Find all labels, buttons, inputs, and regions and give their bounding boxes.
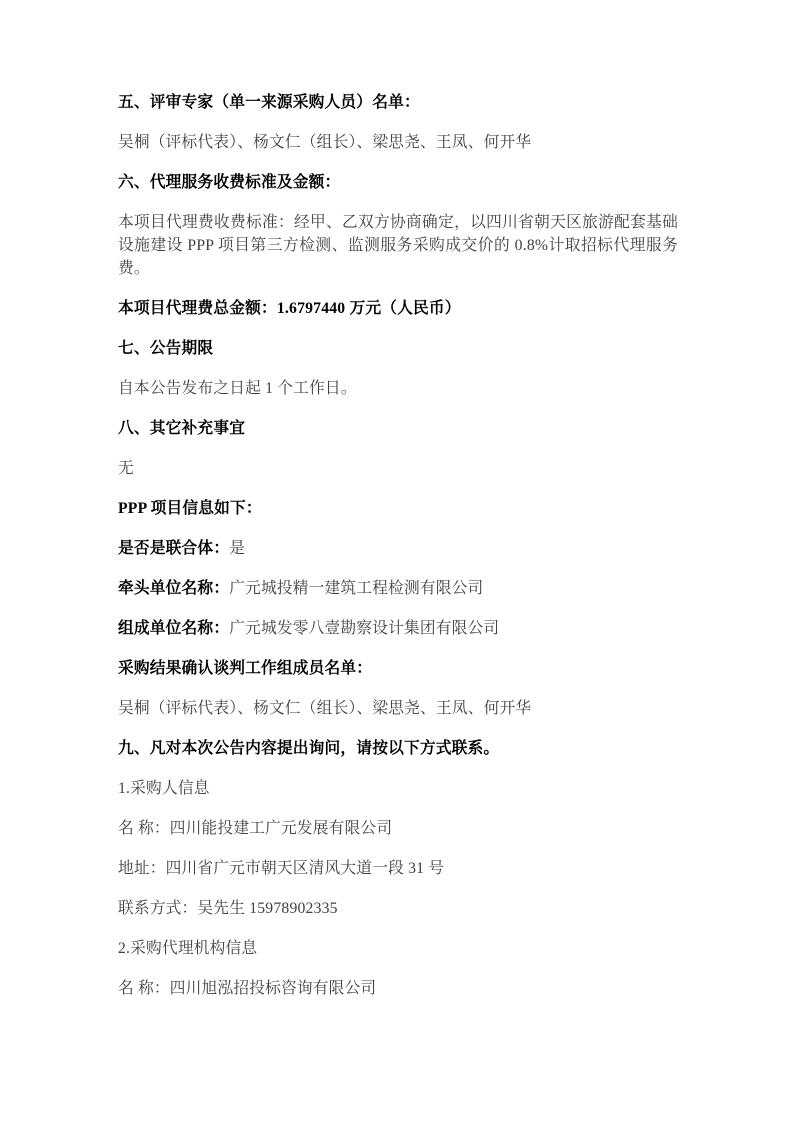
document-body: 五、评审专家（单一来源采购人员）名单： 吴桐（评标代表）、杨文仁（组长）、梁思尧… bbox=[118, 91, 678, 1000]
section-9-heading: 九、凡对本次公告内容提出询问，请按以下方式联系。 bbox=[118, 737, 678, 760]
section-6-fee-standard: 本项目代理费收费标准：经甲、乙双方协商确定，以四川省朝天区旅游配套基础设施建设 … bbox=[118, 211, 678, 280]
ppp-lead-unit-label: 牵头单位名称： bbox=[118, 580, 229, 597]
section-6-heading: 六、代理服务收费标准及金额： bbox=[118, 171, 678, 194]
ppp-member-unit-value: 广元城发零八壹勘察设计集团有限公司 bbox=[229, 620, 499, 637]
purchaser-info-title: 1.采购人信息 bbox=[118, 777, 678, 800]
section-8-body: 无 bbox=[118, 457, 678, 480]
purchaser-address: 地址：四川省广元市朝天区清风大道一段 31 号 bbox=[118, 857, 678, 880]
negotiation-group-heading: 采购结果确认谈判工作组成员名单： bbox=[118, 657, 678, 680]
ppp-lead-unit-value: 广元城投精一建筑工程检测有限公司 bbox=[229, 580, 483, 597]
section-7-heading: 七、公告期限 bbox=[118, 337, 678, 360]
ppp-consortium-label: 是否是联合体： bbox=[118, 540, 229, 557]
ppp-lead-unit-row: 牵头单位名称：广元城投精一建筑工程检测有限公司 bbox=[118, 577, 678, 600]
agency-info-title: 2.采购代理机构信息 bbox=[118, 937, 678, 960]
section-5-expert-names: 吴桐（评标代表）、杨文仁（组长）、梁思尧、王凤、何开华 bbox=[118, 131, 678, 154]
ppp-consortium-row: 是否是联合体：是 bbox=[118, 537, 678, 560]
section-7-body: 自本公告发布之日起 1 个工作日。 bbox=[118, 377, 678, 400]
document-page: 五、评审专家（单一来源采购人员）名单： 吴桐（评标代表）、杨文仁（组长）、梁思尧… bbox=[0, 0, 794, 1123]
section-5-heading: 五、评审专家（单一来源采购人员）名单： bbox=[118, 91, 678, 114]
ppp-member-unit-row: 组成单位名称：广元城发零八壹勘察设计集团有限公司 bbox=[118, 617, 678, 640]
purchaser-name: 名 称：四川能投建工广元发展有限公司 bbox=[118, 817, 678, 840]
section-6-fee-total: 本项目代理费总金额：1.6797440 万元（人民币） bbox=[118, 297, 678, 320]
ppp-consortium-value: 是 bbox=[229, 540, 245, 557]
ppp-info-heading: PPP 项目信息如下： bbox=[118, 497, 678, 520]
negotiation-group-names: 吴桐（评标代表）、杨文仁（组长）、梁思尧、王凤、何开华 bbox=[118, 697, 678, 720]
section-8-heading: 八、其它补充事宜 bbox=[118, 417, 678, 440]
agency-name: 名 称：四川旭泓招投标咨询有限公司 bbox=[118, 977, 678, 1000]
ppp-member-unit-label: 组成单位名称： bbox=[118, 620, 229, 637]
purchaser-contact: 联系方式：吴先生 15978902335 bbox=[118, 897, 678, 920]
